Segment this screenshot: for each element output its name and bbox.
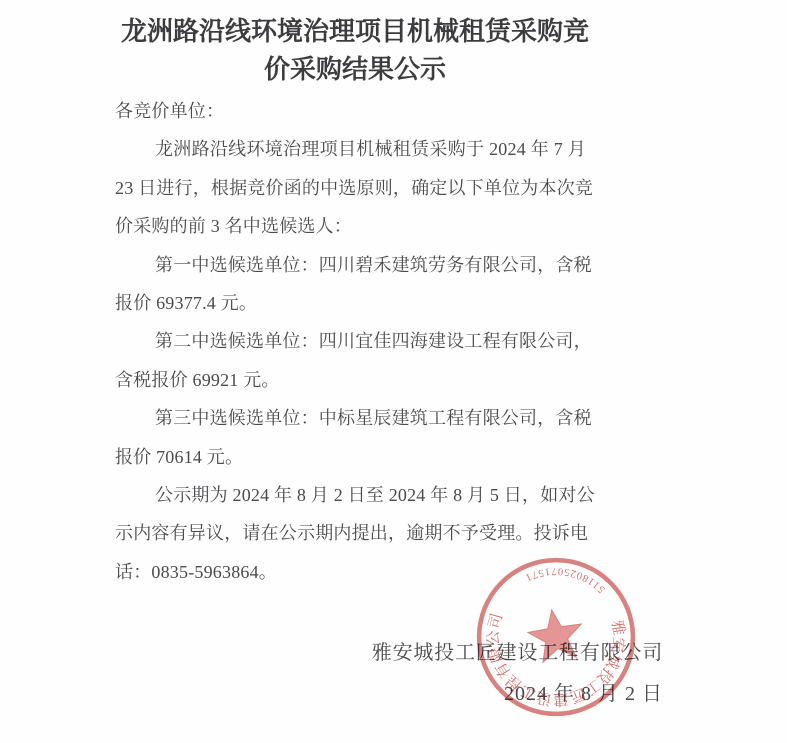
- body-line: 示内容有异议，请在公示期内提出，逾期不予受理。投诉电: [115, 514, 586, 552]
- body-line: 报价 70614 元。: [115, 438, 586, 476]
- body-line: 价采购的前 3 名中选候选人：: [115, 207, 586, 245]
- signature-date: 2024 年 8 月 2 日: [115, 677, 663, 706]
- body-line: 23 日进行，根据竞价函的中选原则，确定以下单位为本次竞: [115, 169, 586, 207]
- body-line: 第三中选候选单位：中标星辰建筑工程有限公司，含税: [115, 399, 586, 437]
- document-body: 各竞价单位： 龙洲路沿线环境治理项目机械租赁采购于 2024 年 7 月 23 …: [115, 92, 586, 591]
- body-line: 龙洲路沿线环境治理项目机械租赁采购于 2024 年 7 月: [115, 130, 586, 168]
- scanned-document-page: 龙洲路沿线环境治理项目机械租赁采购竞 价采购结果公示 各竞价单位： 龙洲路沿线环…: [0, 0, 787, 743]
- body-line: 话：0835-5963864。: [115, 553, 586, 591]
- body-line: 公示期为 2024 年 8 月 2 日至 2024 年 8 月 5 日，如对公: [115, 476, 586, 514]
- salutation-line: 各竞价单位：: [115, 92, 586, 130]
- body-line: 报价 69377.4 元。: [115, 284, 586, 322]
- signature-company: 雅安城投工匠建设工程有限公司: [115, 636, 663, 665]
- page-title: 龙洲路沿线环境治理项目机械租赁采购竞 价采购结果公示: [110, 13, 600, 89]
- body-line: 第二中选候选单位：四川宜佳四海建设工程有限公司，: [115, 322, 586, 360]
- body-line: 含税报价 69921 元。: [115, 361, 586, 399]
- page-title-line-2: 价采购结果公示: [110, 51, 600, 89]
- body-line: 第一中选候选单位：四川碧禾建筑劳务有限公司，含税: [115, 246, 586, 284]
- page-title-line-1: 龙洲路沿线环境治理项目机械租赁采购竞: [110, 13, 600, 51]
